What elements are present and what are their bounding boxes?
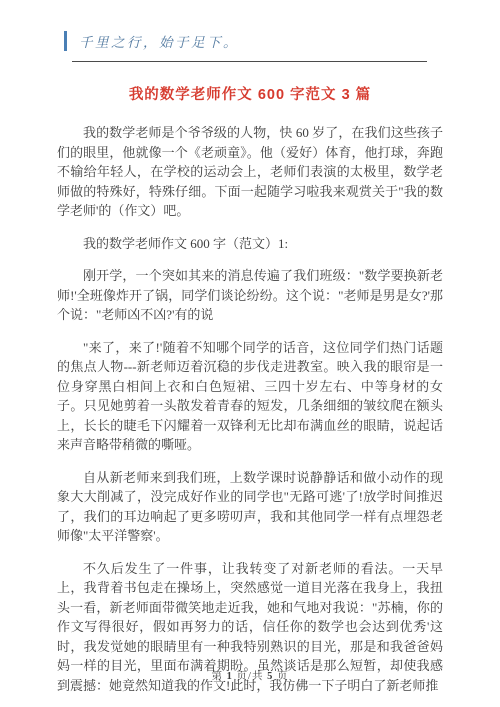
footer-label-page: 第 <box>212 671 224 682</box>
paragraph-body-1: 刚开学，一个突如其来的消息传遍了我们班级："数学要换新老师!'全班像炸开了锅，同… <box>57 266 443 325</box>
paragraph-body-3: 自从新老师来到我们班，上数学课时说静静话和做小动作的现象大大削减了，没完成好作业… <box>57 468 443 546</box>
paragraph-intro: 我的数学老师是个爷爷级的人物，快 60 岁了，在我们这些孩子们的眼里，他就像一个… <box>57 123 443 221</box>
header-quote: 千里之行，始于足下。 <box>79 31 239 51</box>
page-footer: 第 1 页/共 5 页 <box>0 668 500 683</box>
header-quote-row: 千里之行，始于足下。 <box>64 31 500 51</box>
paragraph-section-heading: 我的数学老师作文 600 字（范文）1: <box>57 234 443 254</box>
essay-content: 我的数学老师是个爷爷级的人物，快 60 岁了，在我们这些孩子们的眼里，他就像一个… <box>57 123 443 695</box>
header-divider <box>72 61 427 62</box>
page-title: 我的数学老师作文 600 字范文 3 篇 <box>0 83 500 104</box>
footer-page-number: 1 <box>227 671 233 682</box>
footer-total-pages: 5 <box>267 671 273 682</box>
footer-label-unit: 页 <box>277 671 289 682</box>
paragraph-body-2: "来了，来了!'随着不知哪个同学的话音，这位同学们热门话题的焦点人物---新老师… <box>57 338 443 455</box>
quote-accent-bar <box>64 31 67 51</box>
footer-label-of: 页/共 <box>237 671 264 682</box>
document-page: 千里之行，始于足下。 我的数学老师作文 600 字范文 3 篇 我的数学老师是个… <box>0 0 500 707</box>
